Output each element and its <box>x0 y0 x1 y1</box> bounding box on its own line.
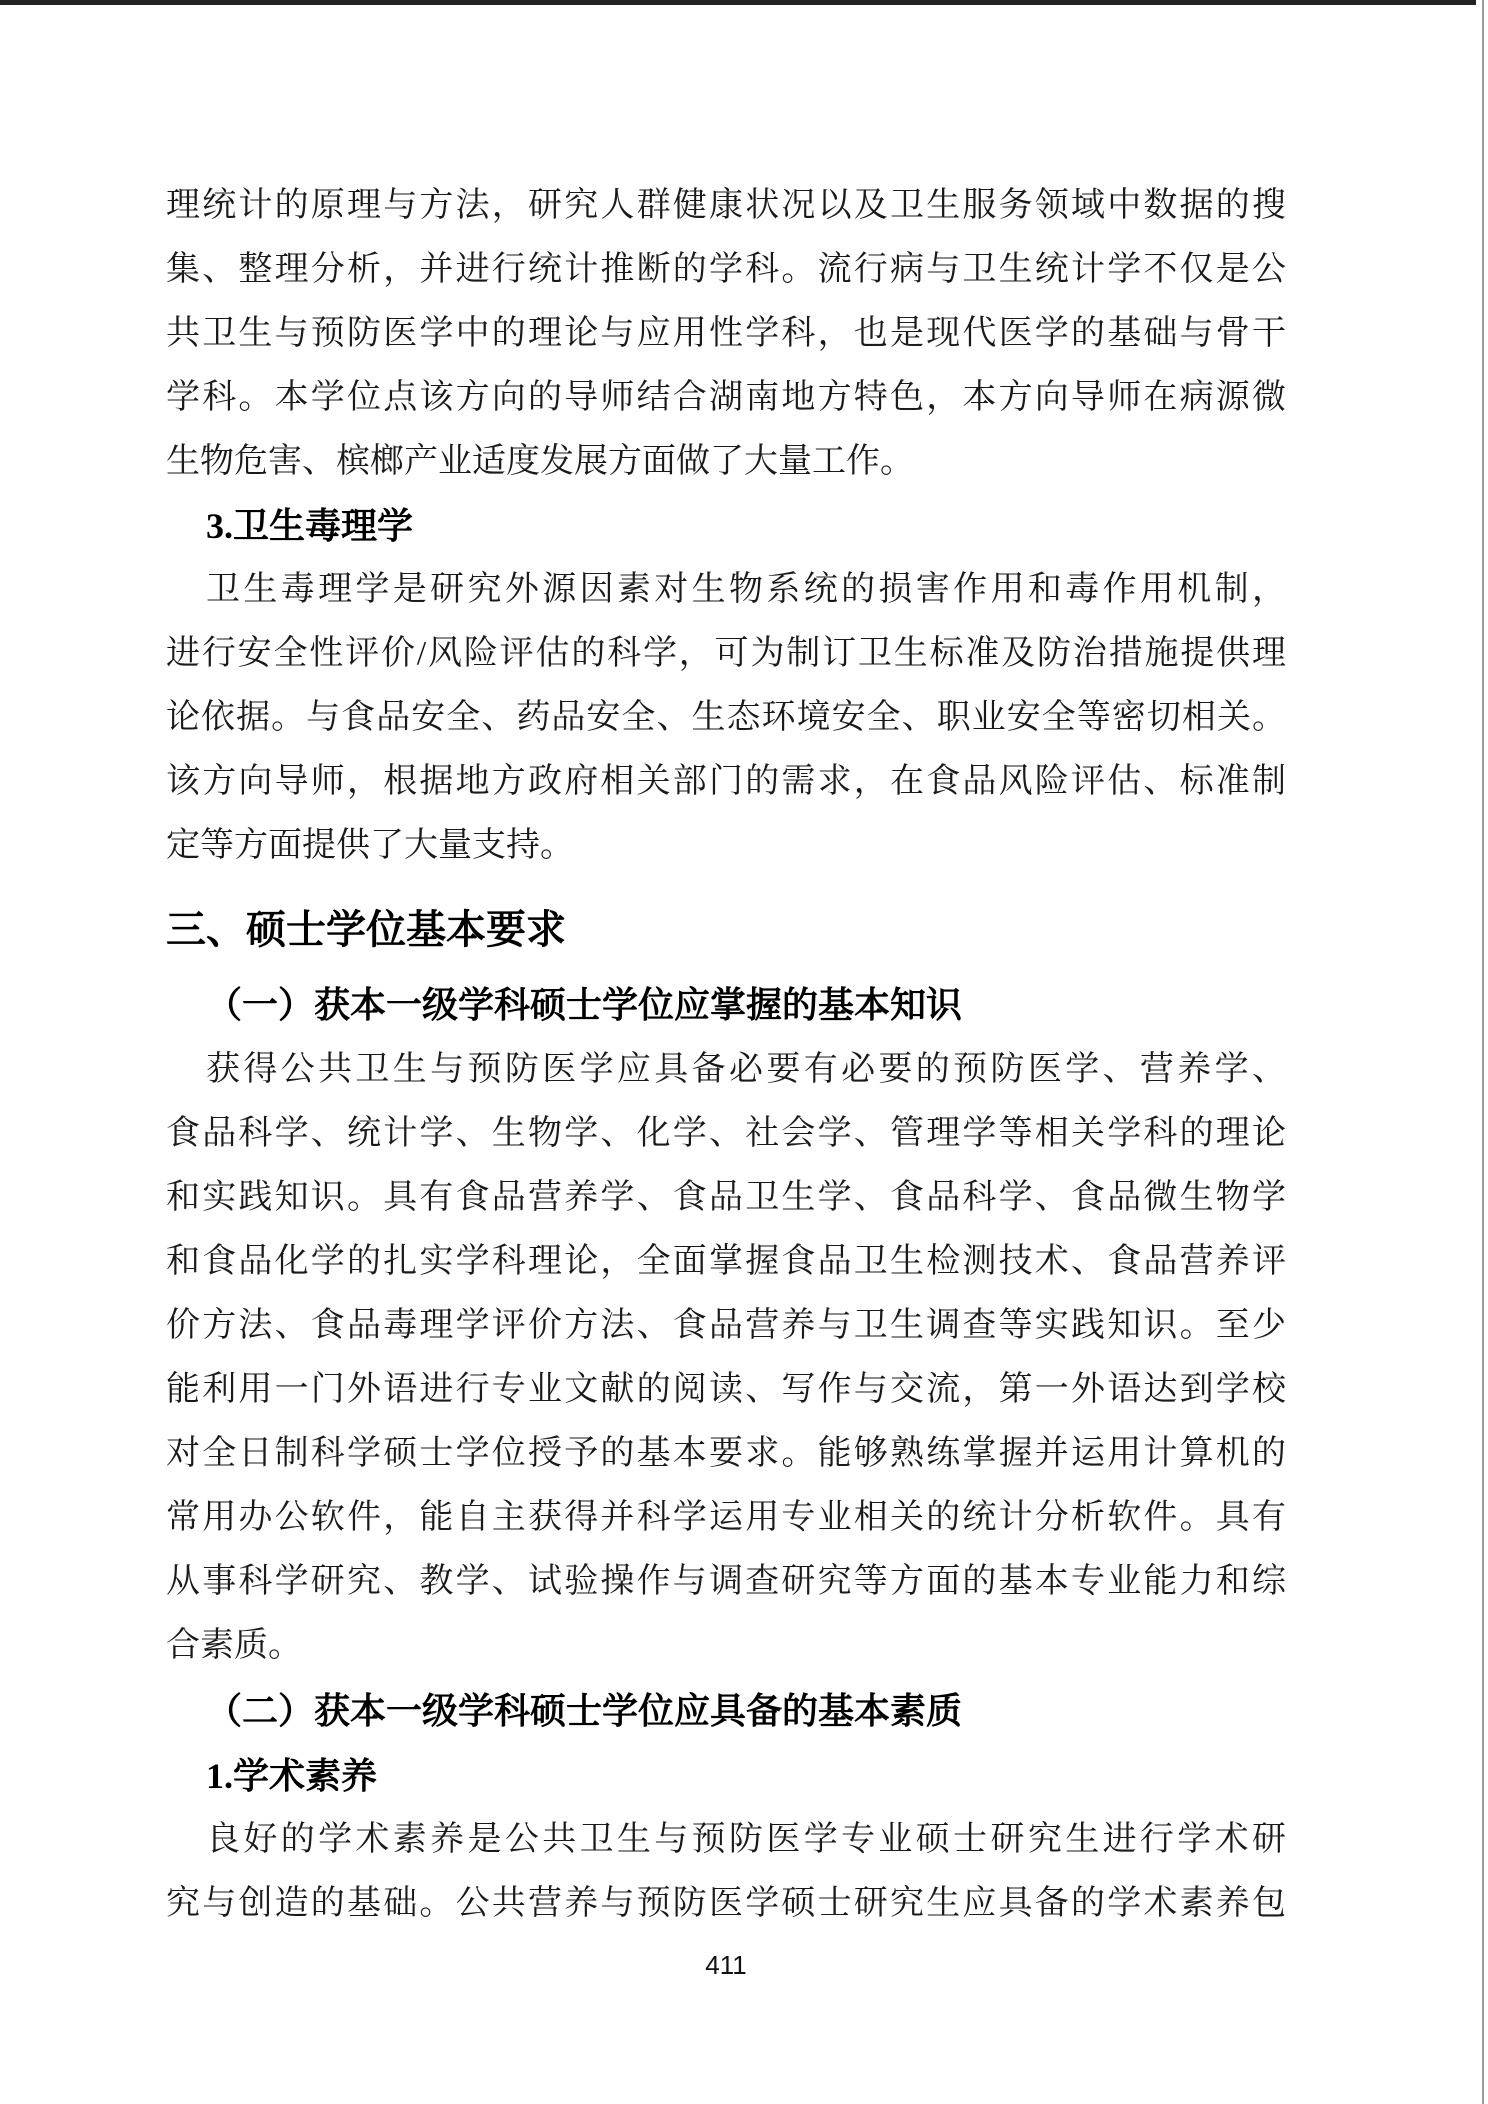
paragraph-epidemiology: 理统计的原理与方法，研究人群健康状况以及卫生服务领域中数据的搜 集、整理分析，并… <box>166 174 1286 494</box>
body-line: 共卫生与预防医学中的理论与应用性学科，也是现代医学的基础与骨干 <box>166 302 1286 366</box>
body-line: 获得公共卫生与预防医学应具备必要有必要的预防医学、营养学、 <box>166 1038 1286 1102</box>
body-line: 和食品化学的扎实学科理论，全面掌握食品卫生检测技术、食品营养评 <box>166 1230 1286 1294</box>
page-number: 411 <box>166 1950 1286 1980</box>
body-line: 价方法、食品毒理学评价方法、食品营养与卫生调查等实践知识。至少 <box>166 1294 1286 1358</box>
body-line: 卫生毒理学是研究外源因素对生物系统的损害作用和毒作用机制， <box>166 558 1286 622</box>
paragraph-basic-knowledge: 获得公共卫生与预防医学应具备必要有必要的预防医学、营养学、 食品科学、统计学、生… <box>166 1038 1286 1678</box>
heading-academic-quality: 1.学术素养 <box>166 1744 1286 1808</box>
body-line: 学科。本学位点该方向的导师结合湖南地方特色，本方向导师在病源微 <box>166 366 1286 430</box>
heading-subsection-one: （一）获本一级学科硕士学位应掌握的基本知识 <box>166 972 1286 1038</box>
body-line: 究与创造的基础。公共营养与预防医学硕士研究生应具备的学术素养包 <box>166 1872 1286 1936</box>
body-line: 生物危害、槟榔产业适度发展方面做了大量工作。 <box>166 430 1286 494</box>
body-line: 进行安全性评价/风险评估的科学，可为制订卫生标准及防治措施提供理 <box>166 622 1286 686</box>
document-page: 理统计的原理与方法，研究人群健康状况以及卫生服务领域中数据的搜 集、整理分析，并… <box>0 0 1488 2104</box>
heading-toxicology: 3.卫生毒理学 <box>166 494 1286 558</box>
body-line: 论依据。与食品安全、药品安全、生态环境安全、职业安全等密切相关。 <box>166 686 1286 750</box>
body-line: 和实践知识。具有食品营养学、食品卫生学、食品科学、食品微生物学 <box>166 1166 1286 1230</box>
body-line: 对全日制科学硕士学位授予的基本要求。能够熟练掌握并运用计算机的 <box>166 1422 1286 1486</box>
body-line: 从事科学研究、教学、试验操作与调查研究等方面的基本专业能力和综 <box>166 1550 1286 1614</box>
body-line: 理统计的原理与方法，研究人群健康状况以及卫生服务领域中数据的搜 <box>166 174 1286 238</box>
heading-subsection-two: （二）获本一级学科硕士学位应具备的基本素质 <box>166 1678 1286 1744</box>
body-line: 合素质。 <box>166 1614 1286 1678</box>
body-line: 集、整理分析，并进行统计推断的学科。流行病与卫生统计学不仅是公 <box>166 238 1286 302</box>
body-line: 该方向导师，根据地方政府相关部门的需求，在食品风险评估、标准制 <box>166 750 1286 814</box>
page-content: 理统计的原理与方法，研究人群健康状况以及卫生服务领域中数据的搜 集、整理分析，并… <box>166 174 1286 1980</box>
body-line: 良好的学术素养是公共卫生与预防医学专业硕士研究生进行学术研 <box>166 1808 1286 1872</box>
paragraph-academic-quality: 良好的学术素养是公共卫生与预防医学专业硕士研究生进行学术研 究与创造的基础。公共… <box>166 1808 1286 1936</box>
body-line: 能利用一门外语进行专业文献的阅读、写作与交流，第一外语达到学校 <box>166 1358 1286 1422</box>
page-top-edge <box>0 0 1476 5</box>
page-right-edge <box>1482 0 1484 2104</box>
body-line: 定等方面提供了大量支持。 <box>166 814 1286 878</box>
body-line: 食品科学、统计学、生物学、化学、社会学、管理学等相关学科的理论 <box>166 1102 1286 1166</box>
paragraph-toxicology: 卫生毒理学是研究外源因素对生物系统的损害作用和毒作用机制， 进行安全性评价/风险… <box>166 558 1286 878</box>
heading-section-three: 三、硕士学位基本要求 <box>166 888 1286 972</box>
body-line: 常用办公软件，能自主获得并科学运用专业相关的统计分析软件。具有 <box>166 1486 1286 1550</box>
